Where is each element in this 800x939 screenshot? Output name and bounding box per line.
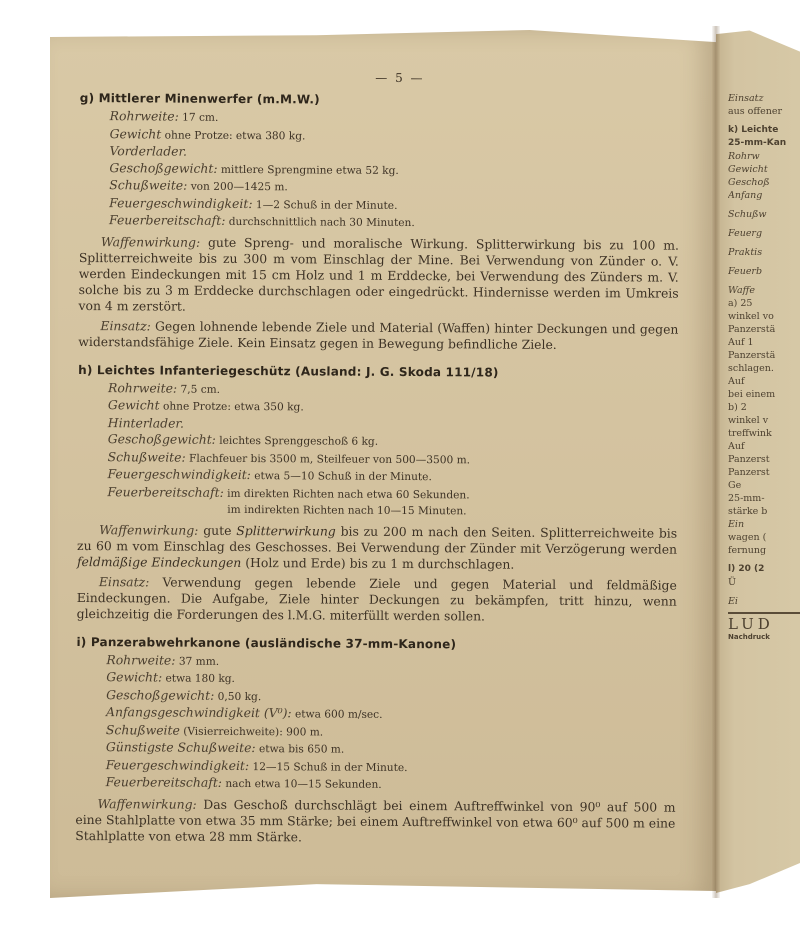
right-page-line: Ü xyxy=(728,576,800,589)
spec-line: Feuerbereitschaft: durchschnittlich nach… xyxy=(109,212,679,233)
spec-label: Gewicht xyxy=(108,397,160,412)
einsatz-paragraph: Einsatz: Verwendung gegen lebende Ziele … xyxy=(77,573,677,625)
right-page-line: Panzerst xyxy=(728,453,800,466)
waffenwirkung-paragraph: Waffenwirkung: gute Splitterwirkung bis … xyxy=(77,521,677,573)
einsatz-paragraph: Einsatz: Gegen lohnende lebende Ziele un… xyxy=(78,317,678,353)
spec-value: leichtes Sprenggeschoß 6 kg. xyxy=(216,435,378,448)
spec-value: ohne Protze: etwa 380 kg. xyxy=(161,129,305,142)
spec-value: im indirekten Richten nach 10—15 Minuten… xyxy=(227,504,466,517)
page-number: — 5 — xyxy=(120,68,680,87)
section-heading: h) Leichtes Infanteriegeschütz (Ausland:… xyxy=(78,361,678,381)
spec-line: Gewicht ohne Protze: etwa 380 kg. xyxy=(110,126,680,147)
section-i: i) Panzerabwehrkanone (ausländische 37-m… xyxy=(75,633,676,847)
right-page-line: bei einem xyxy=(728,388,800,401)
spec-value: mittlere Sprengmine etwa 52 kg. xyxy=(218,163,399,176)
spec-value: etwa 5—10 Schuß in der Minute. xyxy=(251,470,432,483)
waffenwirkung-paragraph: Waffenwirkung: gute Spreng- und moralisc… xyxy=(79,233,679,317)
spec-value: 17 cm. xyxy=(179,112,219,124)
spec-line: Feuerbereitschaft: nach etwa 10—15 Sekun… xyxy=(106,774,676,795)
spec-value: im direkten Richten nach etwa 60 Sekunde… xyxy=(224,487,470,501)
spec-value: 1—2 Schuß in der Minute. xyxy=(253,199,398,212)
spec-value: nach etwa 10—15 Sekunden. xyxy=(222,778,382,791)
spec-line: im indirekten Richten nach 10—15 Minuten… xyxy=(227,502,677,521)
right-page-line: Praktis xyxy=(728,246,800,259)
right-page-line: Feuerb xyxy=(728,265,800,278)
spec-label: Schußweite: xyxy=(108,449,186,464)
right-page-line: Ein xyxy=(728,518,800,531)
spec-label: Vorderlader. xyxy=(109,143,187,158)
waffenwirkung-paragraph: Waffenwirkung: Das Geschoß durchschlägt … xyxy=(75,795,675,847)
spec-value: etwa bis 650 m. xyxy=(256,743,345,756)
spec-value: ohne Protze: etwa 350 kg. xyxy=(160,400,304,413)
section-heading: g) Mittlerer Minenwerfer (m.M.W.) xyxy=(80,90,680,110)
spec-label: Gewicht xyxy=(110,126,162,141)
right-page-line: Schußw xyxy=(728,208,800,221)
right-page-content: Einsatzaus offenerk) Leichte25-mm-KanRoh… xyxy=(728,92,800,644)
spec-label: Feuerbereitschaft: xyxy=(106,774,222,790)
spec-label: Gewicht: xyxy=(106,669,162,684)
spec-label: Rohrweite: xyxy=(110,108,179,123)
booklet-spread: — 5 — g) Mittlerer Minenwerfer (m.M.W.) … xyxy=(0,0,800,939)
right-page-line: b) 2 xyxy=(728,401,800,414)
spec-label: Feuergeschwindigkeit: xyxy=(107,466,250,482)
right-page-line: a) 25 xyxy=(728,297,800,310)
right-page-line: fernung xyxy=(728,544,800,557)
spec-label: Schußweite xyxy=(106,722,180,737)
spec-value: 37 mm. xyxy=(175,655,219,667)
right-page-line: wagen ( xyxy=(728,531,800,544)
right-page-line: Waffe xyxy=(728,284,800,297)
spec-value: 0,50 kg. xyxy=(214,690,261,702)
right-page-line: Panzerst xyxy=(728,466,800,479)
right-page-line: treffwink xyxy=(728,427,800,440)
right-page-line: Auf xyxy=(728,375,800,388)
spec-value: etwa 180 kg. xyxy=(162,673,235,685)
right-page-line: k) Leichte xyxy=(728,124,800,137)
right-page-line: 25-mm- xyxy=(728,492,800,505)
publisher-name: LUD xyxy=(728,612,800,631)
spec-value: 12—15 Schuß in der Minute. xyxy=(249,761,407,774)
spec-label: Rohrweite: xyxy=(108,380,177,395)
right-page-line: Einsatz xyxy=(728,92,800,105)
spec-value: 7,5 cm. xyxy=(177,383,220,395)
right-page-line: 25-mm-Kan xyxy=(728,137,800,150)
spec-value: von 200—1425 m. xyxy=(187,181,288,194)
spec-value: (Visierreichweite): 900 m. xyxy=(180,725,323,738)
spec-label: Geschoßgewicht: xyxy=(106,687,214,703)
spec-label: Geschoßgewicht: xyxy=(109,160,217,176)
right-page-line: stärke b xyxy=(728,505,800,518)
publisher-note: Nachdruck xyxy=(728,631,800,644)
right-page-line: Auf xyxy=(728,440,800,453)
right-page-line: Panzerstä xyxy=(728,349,800,362)
section-heading: i) Panzerabwehrkanone (ausländische 37-m… xyxy=(76,633,676,653)
spec-label: Geschoßgewicht: xyxy=(108,431,216,447)
right-page-line: Rohrw xyxy=(728,150,800,163)
left-page-content: — 5 — g) Mittlerer Minenwerfer (m.M.W.) … xyxy=(75,68,680,847)
right-page-line: Ei xyxy=(728,595,800,608)
spec-label: Hinterlader. xyxy=(108,415,184,430)
right-page-line: winkel vo xyxy=(728,310,800,323)
right-page-line: winkel v xyxy=(728,414,800,427)
spec-label: Feuerbereitschaft: xyxy=(109,212,225,228)
spec-label: Schußweite: xyxy=(109,177,187,192)
right-page-line: l) 20 (2 xyxy=(728,563,800,576)
spec-label: Günstigste Schußweite: xyxy=(106,739,256,755)
spec-value: etwa 600 m/sec. xyxy=(292,708,383,721)
right-page-line: Gewicht xyxy=(728,163,800,176)
spec-value: Flachfeuer bis 3500 m, Steilfeuer von 50… xyxy=(186,452,470,466)
spec-line: Feuerbereitschaft: im direkten Richten n… xyxy=(107,484,677,505)
right-page-line: Feuerg xyxy=(728,227,800,240)
spec-label: Anfangsgeschwindigkeit (V⁰): xyxy=(106,704,292,720)
page-fold xyxy=(712,26,720,898)
right-page-line: schlagen. xyxy=(728,362,800,375)
right-page-line: Auf 1 xyxy=(728,336,800,349)
spec-value: durchschnittlich nach 30 Minuten. xyxy=(225,216,414,229)
section-h: h) Leichtes Infanteriegeschütz (Ausland:… xyxy=(77,361,679,625)
right-page-line: Geschoß xyxy=(728,176,800,189)
right-page-line: aus offener xyxy=(728,105,800,118)
right-page-line: Ge xyxy=(728,479,800,492)
spec-label: Rohrweite: xyxy=(106,652,175,667)
spec-label: Feuergeschwindigkeit: xyxy=(106,757,249,773)
spec-label: Feuerbereitschaft: xyxy=(107,484,223,500)
section-g: g) Mittlerer Minenwerfer (m.M.W.) Rohrwe… xyxy=(78,90,680,353)
right-page-line: Panzerstä xyxy=(728,323,800,336)
spec-line: Gewicht ohne Protze: etwa 350 kg. xyxy=(108,397,678,418)
spec-label: Feuergeschwindigkeit: xyxy=(109,195,252,211)
right-page-line: Anfang xyxy=(728,189,800,202)
